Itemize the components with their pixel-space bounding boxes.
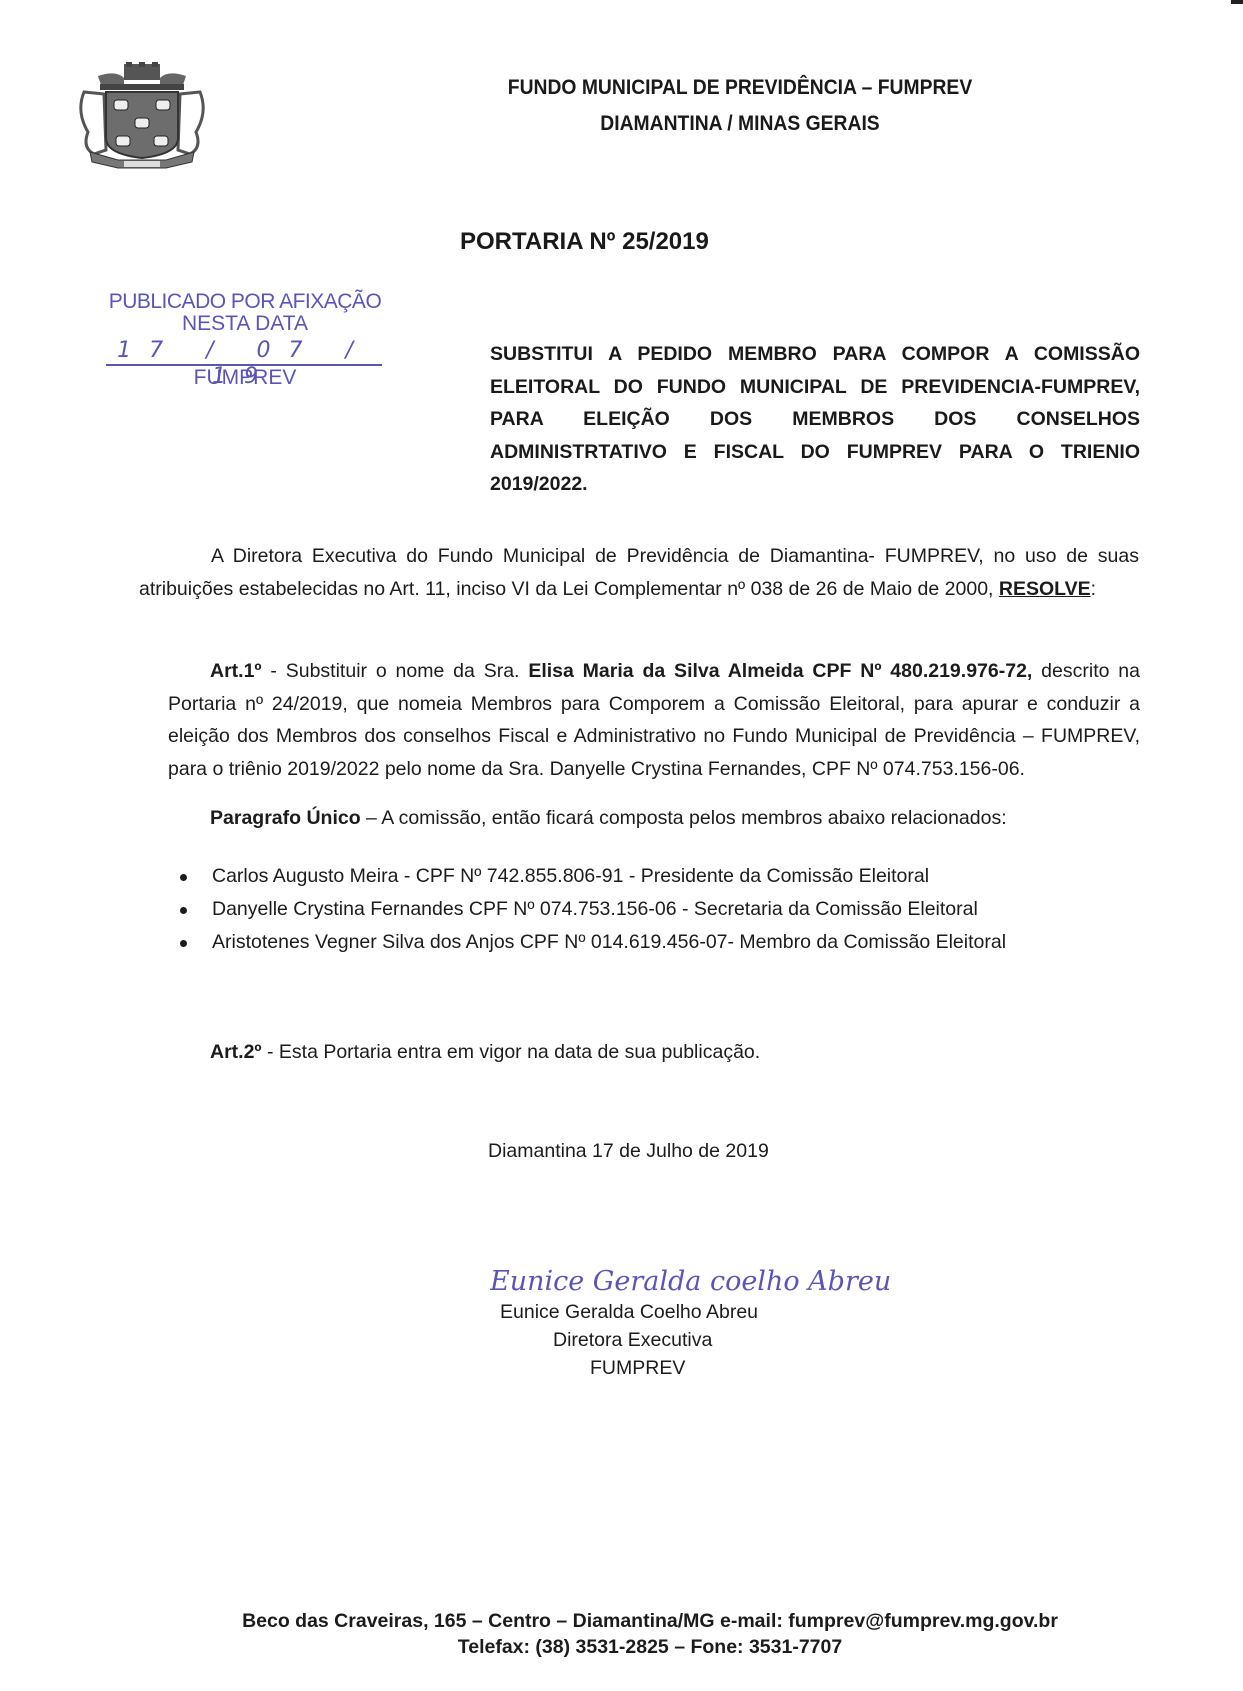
signature-block: Eunice Geralda Coelho Abreu Diretora Exe… (500, 1298, 780, 1382)
document-page: FUNDO MUNICIPAL DE PREVIDÊNCIA – FUMPREV… (0, 0, 1243, 1691)
header-location: DIAMANTINA / MINAS GERAIS (335, 112, 1145, 136)
article-2: Art.2º - Esta Portaria entra em vigor na… (210, 1036, 1110, 1069)
ementa: SUBSTITUI A PEDIDO MEMBRO PARA COMPOR A … (490, 338, 1140, 501)
article-2-text: - Esta Portaria entra em vigor na data d… (262, 1041, 761, 1063)
list-item: Carlos Augusto Meira - CPF Nº 742.855.80… (178, 860, 1006, 893)
svg-text:Eunice Geralda coelho Abreu: Eunice Geralda coelho Abreu (490, 1266, 891, 1297)
signatory-role: Diretora Executiva (500, 1326, 780, 1354)
article-1: Art.1º - Substituir o nome da Sra. Elisa… (168, 655, 1140, 785)
resolve-label: RESOLVE (999, 578, 1091, 600)
stamp-date: 17 / 07 / 19 (106, 338, 382, 366)
handwritten-signature: Eunice Geralda coelho Abreu (490, 1258, 1010, 1303)
intro-text: A Diretora Executiva do Fundo Municipal … (139, 545, 1139, 600)
signatory-name: Eunice Geralda Coelho Abreu (500, 1298, 780, 1326)
stamp-line-4: FUMPREV (100, 366, 390, 390)
resolve-suffix: : (1091, 578, 1096, 600)
document-title: PORTARIA Nº 25/2019 (460, 228, 820, 256)
dateline: Diamantina 17 de Julho de 2019 (488, 1140, 769, 1163)
members-list: Carlos Augusto Meira - CPF Nº 742.855.80… (178, 860, 1006, 959)
paragrafo-unico: Paragrafo Único – A comissão, então fica… (210, 802, 1110, 835)
article-2-label: Art.2º (210, 1041, 262, 1063)
header-institution: FUNDO MUNICIPAL DE PREVIDÊNCIA – FUMPREV (335, 76, 1145, 100)
intro-paragraph: A Diretora Executiva do Fundo Municipal … (139, 540, 1139, 605)
scan-corner-mark (1231, 0, 1243, 4)
paragrafo-text: – A comissão, então ficará composta pelo… (361, 807, 1007, 829)
article-1-label: Art.1º (210, 660, 262, 682)
list-item: Aristotenes Vegner Silva dos Anjos CPF N… (178, 926, 1006, 959)
article-1-bold-name: Elisa Maria da Silva Almeida CPF Nº 480.… (528, 660, 1032, 682)
article-1-text-a: - Substituir o nome da Sra. (262, 660, 529, 682)
list-item: Danyelle Crystina Fernandes CPF Nº 074.7… (178, 893, 1006, 926)
footer-address: Beco das Craveiras, 165 – Centro – Diama… (150, 1610, 1150, 1633)
stamp-line-2: NESTA DATA (100, 312, 390, 336)
coat-of-arms-icon (76, 62, 208, 170)
paragrafo-label: Paragrafo Único (210, 807, 361, 829)
publication-stamp: PUBLICADO POR AFIXAÇÃO NESTA DATA 17 / 0… (100, 290, 390, 390)
signatory-org: FUMPREV (500, 1354, 780, 1382)
footer-phone: Telefax: (38) 3531-2825 – Fone: 3531-770… (150, 1636, 1150, 1659)
stamp-line-1: PUBLICADO POR AFIXAÇÃO (100, 290, 390, 314)
